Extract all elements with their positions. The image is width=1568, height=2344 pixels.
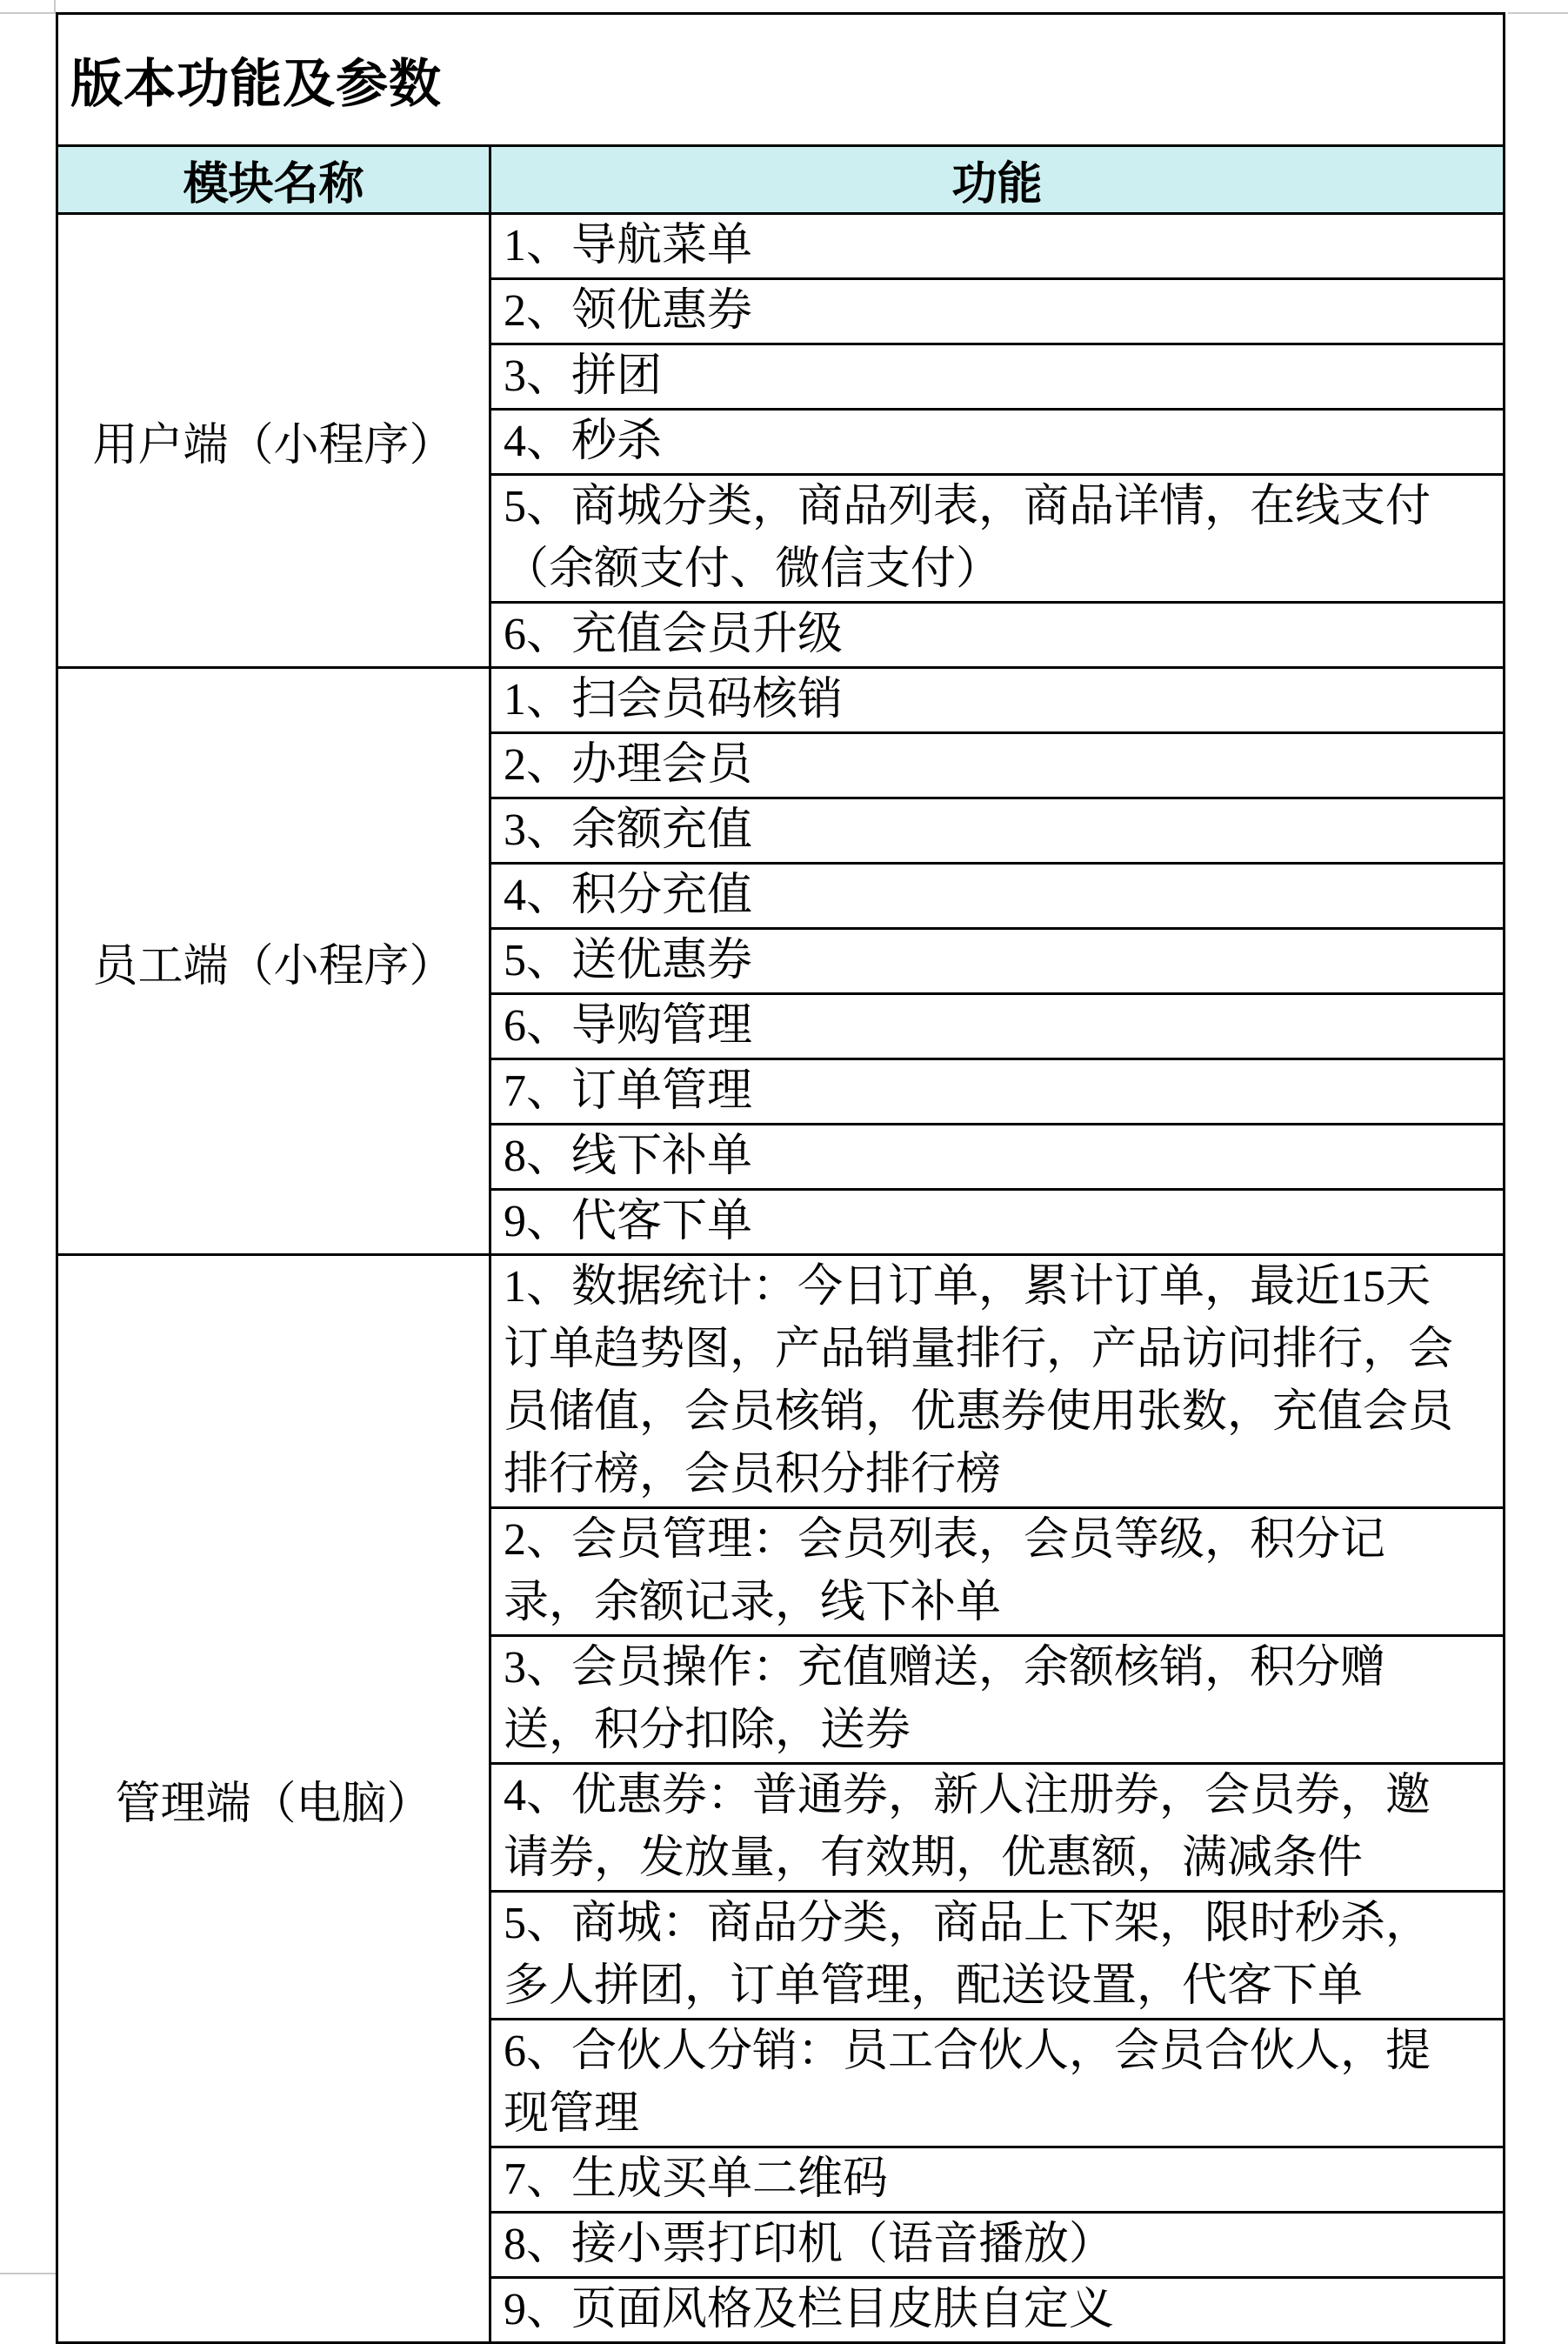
- function-cell: 9、页面风格及栏目皮肤自定义: [490, 2278, 1505, 2343]
- module-cell-staff: 员工端（小程序）: [57, 668, 490, 1255]
- table-row: 用户端（小程序） 1、导航菜单: [57, 214, 1505, 279]
- function-cell: 4、优惠券：普通券，新人注册券，会员券，邀 请券，发放量，有效期，优惠额，满减条…: [490, 1764, 1505, 1892]
- column-header-function: 功能: [490, 146, 1505, 214]
- function-cell: 5、商城：商品分类，商品上下架，限时秒杀， 多人拼团，订单管理，配送设置，代客下…: [490, 1892, 1505, 2020]
- function-cell: 3、余额充值: [490, 798, 1505, 864]
- features-table: 版本功能及参数 模块名称 功能 用户端（小程序） 1、导航菜单 2、领优惠券 3…: [56, 12, 1505, 2344]
- function-cell: 7、生成买单二维码: [490, 2147, 1505, 2213]
- function-cell: 6、充值会员升级: [490, 603, 1505, 668]
- function-cell: 3、会员操作：充值赠送，余额核销，积分赠 送，积分扣除，送券: [490, 1636, 1505, 1764]
- function-cell: 5、商城分类，商品列表，商品详情，在线支付 （余额支付、微信支付）: [490, 475, 1505, 603]
- function-cell: 8、线下补单: [490, 1125, 1505, 1190]
- function-cell: 1、数据统计：今日订单，累计订单，最近15天 订单趋势图，产品销量排行，产品访问…: [490, 1255, 1505, 1508]
- table-title: 版本功能及参数: [57, 14, 1505, 146]
- module-cell-admin: 管理端（电脑）: [57, 1255, 490, 2343]
- function-cell: 9、代客下单: [490, 1190, 1505, 1255]
- function-cell: 4、积分充值: [490, 864, 1505, 929]
- function-cell: 6、导购管理: [490, 994, 1505, 1059]
- table-row: 管理端（电脑） 1、数据统计：今日订单，累计订单，最近15天 订单趋势图，产品销…: [57, 1255, 1505, 1508]
- header-row: 模块名称 功能: [57, 146, 1505, 214]
- column-header-module: 模块名称: [57, 146, 490, 214]
- function-cell: 4、秒杀: [490, 410, 1505, 475]
- spreadsheet-page: { "title": "版本功能及参数", "header": { "modul…: [0, 0, 1568, 2288]
- gridline-stub-top-left-vertical: [54, 0, 56, 12]
- function-cell: 2、办理会员: [490, 733, 1505, 798]
- function-cell: 1、扫会员码核销: [490, 668, 1505, 733]
- function-cell: 3、拼团: [490, 344, 1505, 410]
- function-cell: 5、送优惠券: [490, 929, 1505, 994]
- sheet-area: 版本功能及参数 模块名称 功能 用户端（小程序） 1、导航菜单 2、领优惠券 3…: [56, 12, 1505, 2344]
- function-cell: 7、订单管理: [490, 1059, 1505, 1125]
- function-cell: 6、合伙人分销：员工合伙人，会员合伙人，提 现管理: [490, 2020, 1505, 2147]
- function-cell: 8、接小票打印机（语音播放）: [490, 2213, 1505, 2278]
- gridline-stub-top-right: [1508, 12, 1568, 14]
- gridline-stub-bottom-left: [0, 2273, 56, 2274]
- table-row: 员工端（小程序） 1、扫会员码核销: [57, 668, 1505, 733]
- title-row: 版本功能及参数: [57, 14, 1505, 146]
- function-cell: 1、导航菜单: [490, 214, 1505, 279]
- module-cell-user: 用户端（小程序）: [57, 214, 490, 668]
- function-cell: 2、会员管理：会员列表，会员等级，积分记 录，余额记录，线下补单: [490, 1508, 1505, 1636]
- function-cell: 2、领优惠券: [490, 279, 1505, 344]
- gridline-stub-top-left: [0, 12, 56, 14]
